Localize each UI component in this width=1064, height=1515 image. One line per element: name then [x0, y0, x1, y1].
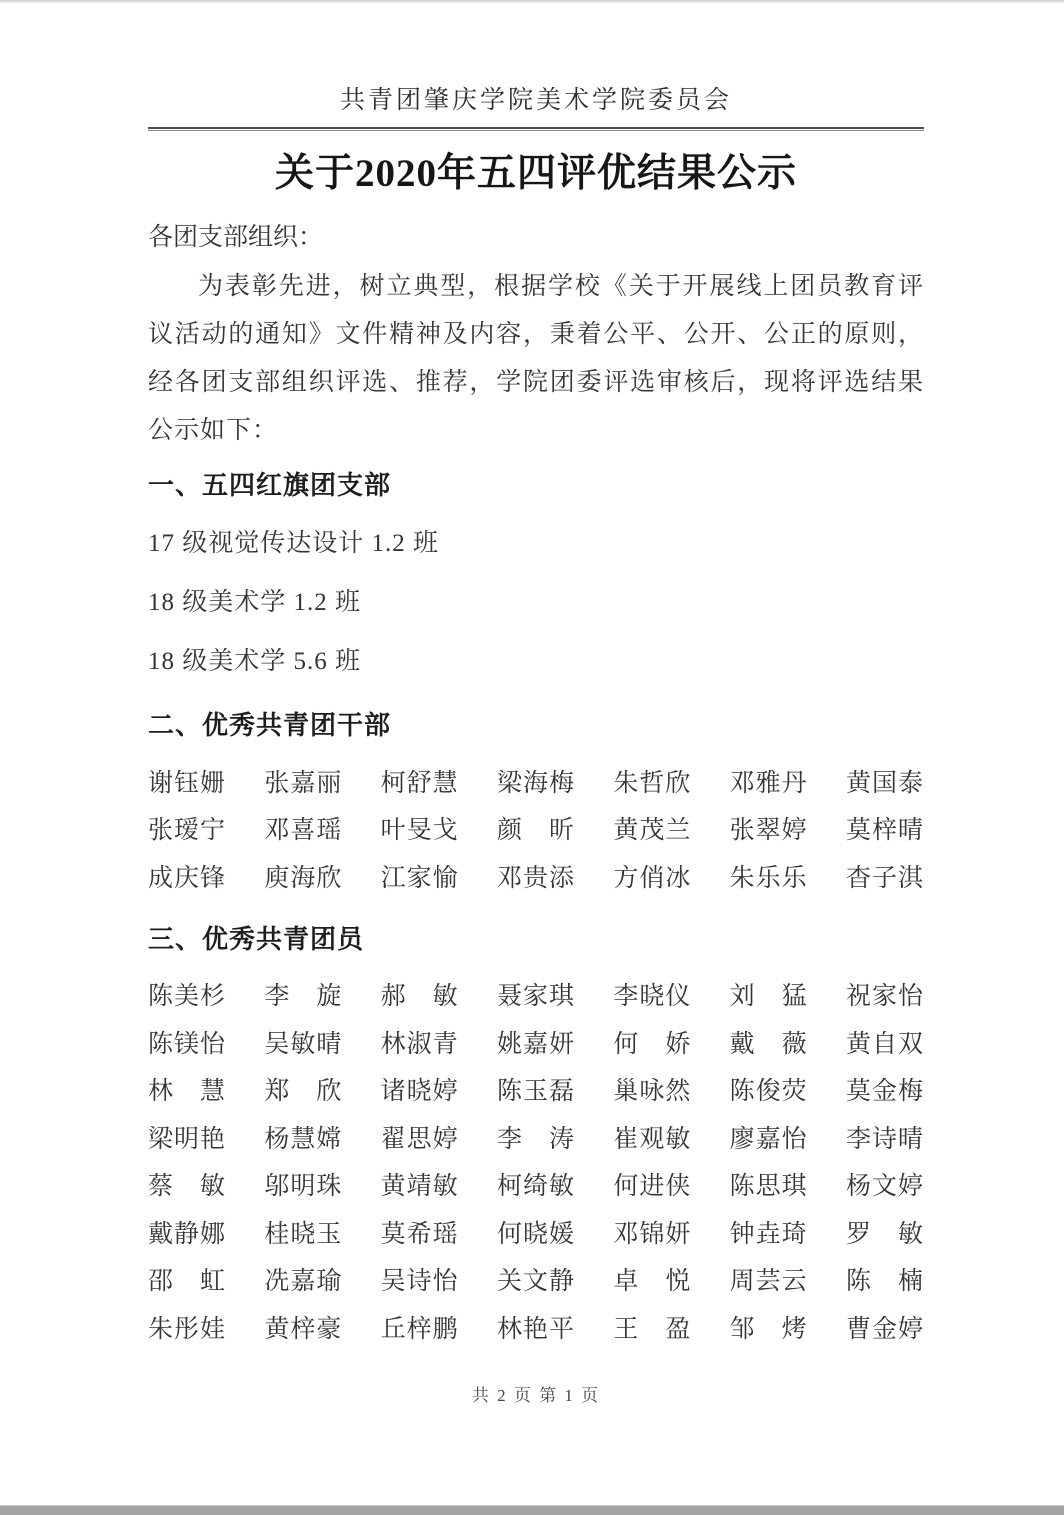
- name-cell: 邓喜瑶: [264, 810, 342, 846]
- section-heading: 二、优秀共青团干部: [148, 707, 924, 743]
- name-cell: 庾海欣: [264, 858, 342, 894]
- name-cell: 梁海梅: [497, 763, 575, 799]
- name-cell: 戴静娜: [148, 1214, 226, 1250]
- name-cell: 杳子淇: [846, 858, 924, 894]
- name-cell: 翟思婷: [381, 1119, 459, 1155]
- name-cell: 莫金梅: [846, 1071, 924, 1107]
- name-cell: 林淑青: [381, 1024, 459, 1060]
- name-cell: 颜 昕: [497, 810, 575, 846]
- name-cell: 黄国泰: [846, 763, 924, 799]
- name-rows: 谢钰姗张嘉丽柯舒慧梁海梅朱哲欣邓雅丹黄国泰张瑷宁邓喜瑶叶旻戈颜 昕黄茂兰张翠婷莫…: [148, 757, 924, 900]
- name-cell: 邓雅丹: [730, 763, 808, 799]
- name-cell: 卓 悦: [613, 1261, 691, 1297]
- name-row: 张瑷宁邓喜瑶叶旻戈颜 昕黄茂兰张翠婷莫梓晴: [148, 805, 924, 853]
- name-cell: 陈思琪: [730, 1166, 808, 1202]
- name-cell: 莫希瑶: [381, 1214, 459, 1250]
- name-cell: 陈镁怡: [148, 1024, 226, 1060]
- name-row: 陈镁怡吴敏晴林淑青姚嘉妍何 娇戴 薇黄自双: [148, 1018, 924, 1066]
- name-cell: 邵 虹: [148, 1261, 226, 1297]
- name-cell: 朱彤娃: [148, 1309, 226, 1345]
- name-cell: 廖嘉怡: [730, 1119, 808, 1155]
- name-cell: 吴诗怡: [381, 1261, 459, 1297]
- name-cell: 郝 敏: [381, 976, 459, 1012]
- section-list: 17 级视觉传达设计 1.2 班18 级美术学 1.2 班18 级美术学 5.6…: [148, 525, 924, 680]
- page-footer: 共 2 页 第 1 页: [148, 1381, 924, 1406]
- name-cell: 叶旻戈: [381, 810, 459, 846]
- name-cell: 柯舒慧: [381, 763, 459, 799]
- name-cell: 刘 猛: [730, 976, 808, 1012]
- name-cell: 林艳平: [497, 1309, 575, 1345]
- name-rows: 陈美杉李 旋郝 敏聂家琪李晓仪刘 猛祝家怡陈镁怡吴敏晴林淑青姚嘉妍何 娇戴 薇黄…: [148, 971, 924, 1351]
- name-cell: 何 娇: [613, 1024, 691, 1060]
- name-cell: 巢咏然: [613, 1071, 691, 1107]
- name-row: 朱彤娃黄梓豪丘梓鹏林艳平王 盈邹 烤曹金婷: [148, 1303, 924, 1351]
- salutation: 各团支部组织：: [148, 219, 924, 256]
- name-cell: 朱哲欣: [613, 763, 691, 799]
- name-row: 陈美杉李 旋郝 敏聂家琪李晓仪刘 猛祝家怡: [148, 971, 924, 1019]
- document-page: 共青团肇庆学院美术学院委员会 关于2020年五四评优结果公示 各团支部组织： 为…: [148, 0, 924, 1406]
- name-row: 林 慧郑 欣诸晓婷陈玉磊巢咏然陈俊荧莫金梅: [148, 1066, 924, 1114]
- name-cell: 李晓仪: [613, 976, 691, 1012]
- name-row: 戴静娜桂晓玉莫希瑶何晓媛邓锦妍钟垚琦罗 敏: [148, 1208, 924, 1256]
- header-org: 共青团肇庆学院美术学院委员会: [148, 84, 924, 118]
- page-title: 关于2020年五四评优结果公示: [148, 146, 924, 202]
- list-item: 18 级美术学 1.2 班: [148, 584, 924, 621]
- name-cell: 谢钰姗: [148, 763, 226, 799]
- name-cell: 关文静: [497, 1261, 575, 1297]
- name-row: 梁明艳杨慧嫦翟思婷李 涛崔观敏廖嘉怡李诗晴: [148, 1113, 924, 1161]
- name-cell: 钟垚琦: [730, 1214, 808, 1250]
- name-cell: 丘梓鹏: [381, 1309, 459, 1345]
- name-cell: 黄茂兰: [613, 810, 691, 846]
- name-cell: 祝家怡: [846, 976, 924, 1012]
- name-cell: 陈俊荧: [730, 1071, 808, 1107]
- name-cell: 邹 烤: [730, 1309, 808, 1345]
- name-cell: 江家愉: [381, 858, 459, 894]
- list-item: 17 级视觉传达设计 1.2 班: [148, 525, 924, 562]
- name-row: 成庆锋庾海欣江家愉邓贵添方俏冰朱乐乐杳子淇: [148, 852, 924, 900]
- name-cell: 聂家琪: [497, 976, 575, 1012]
- name-cell: 姚嘉妍: [497, 1024, 575, 1060]
- header-rule: [148, 127, 924, 131]
- name-row: 邵 虹冼嘉瑜吴诗怡关文静卓 悦周芸云陈 楠: [148, 1256, 924, 1304]
- name-cell: 黄自双: [846, 1024, 924, 1060]
- name-cell: 何晓媛: [497, 1214, 575, 1250]
- name-cell: 张翠婷: [730, 810, 808, 846]
- name-cell: 诸晓婷: [381, 1071, 459, 1107]
- name-cell: 何进侠: [613, 1166, 691, 1202]
- list-item: 18 级美术学 5.6 班: [148, 643, 924, 680]
- name-cell: 蔡 敏: [148, 1166, 226, 1202]
- name-row: 蔡 敏邬明珠黄靖敏柯绮敏何进侠陈思琪杨文婷: [148, 1161, 924, 1209]
- name-cell: 邓锦妍: [613, 1214, 691, 1250]
- name-cell: 王 盈: [613, 1309, 691, 1345]
- name-cell: 杨文婷: [846, 1166, 924, 1202]
- name-cell: 郑 欣: [264, 1071, 342, 1107]
- name-cell: 林 慧: [148, 1071, 226, 1107]
- section-heading: 一、五四红旗团支部: [148, 467, 924, 503]
- sections-container: 一、五四红旗团支部17 级视觉传达设计 1.2 班18 级美术学 1.2 班18…: [148, 467, 924, 1351]
- name-cell: 莫梓晴: [846, 810, 924, 846]
- name-cell: 方俏冰: [613, 858, 691, 894]
- scan-top-edge: [0, 0, 1064, 3]
- name-cell: 成庆锋: [148, 858, 226, 894]
- name-cell: 柯绮敏: [497, 1166, 575, 1202]
- name-cell: 张嘉丽: [264, 763, 342, 799]
- name-cell: 李诗晴: [846, 1119, 924, 1155]
- name-cell: 梁明艳: [148, 1119, 226, 1155]
- name-cell: 张瑷宁: [148, 810, 226, 846]
- section-heading: 三、优秀共青团员: [148, 921, 924, 957]
- name-cell: 罗 敏: [846, 1214, 924, 1250]
- scan-bottom-edge: [0, 1505, 1064, 1515]
- name-row: 谢钰姗张嘉丽柯舒慧梁海梅朱哲欣邓雅丹黄国泰: [148, 757, 924, 805]
- name-cell: 曹金婷: [846, 1309, 924, 1345]
- name-cell: 陈美杉: [148, 976, 226, 1012]
- name-cell: 杨慧嫦: [264, 1119, 342, 1155]
- name-cell: 崔观敏: [613, 1119, 691, 1155]
- name-cell: 邓贵添: [497, 858, 575, 894]
- body-paragraph: 为表彰先进，树立典型，根据学校《关于开展线上团员教育评议活动的通知》文件精神及内…: [148, 263, 924, 455]
- name-cell: 吴敏晴: [264, 1024, 342, 1060]
- name-cell: 陈 楠: [846, 1261, 924, 1297]
- name-cell: 朱乐乐: [730, 858, 808, 894]
- name-cell: 桂晓玉: [264, 1214, 342, 1250]
- name-cell: 冼嘉瑜: [264, 1261, 342, 1297]
- name-cell: 戴 薇: [730, 1024, 808, 1060]
- name-cell: 李 涛: [497, 1119, 575, 1155]
- name-cell: 邬明珠: [264, 1166, 342, 1202]
- name-cell: 周芸云: [730, 1261, 808, 1297]
- name-cell: 陈玉磊: [497, 1071, 575, 1107]
- name-cell: 黄靖敏: [381, 1166, 459, 1202]
- name-cell: 李 旋: [264, 976, 342, 1012]
- name-cell: 黄梓豪: [264, 1309, 342, 1345]
